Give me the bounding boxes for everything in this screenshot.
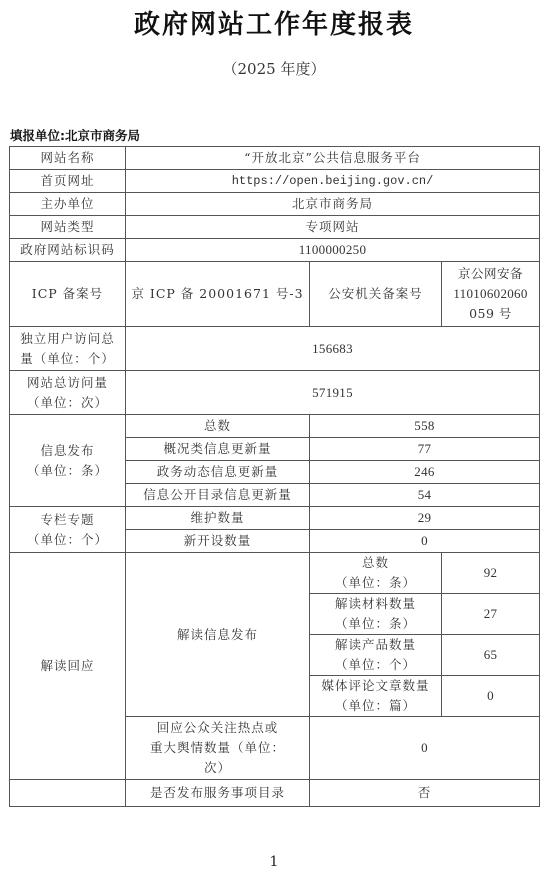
info-row-label: 概况类信息更新量 [126,438,310,461]
unique-visitors-label: 独立用户访问总 量（单位：个） [10,327,126,371]
info-publish-label: 信息发布 （单位：条） [10,415,126,507]
info-row-label: 信息公开目录信息更新量 [126,484,310,507]
response-label-line2: 重大舆情数量（单位： [128,738,307,758]
response-label-line3: 次） [128,758,307,778]
report-year: （2025 年度） [0,58,548,79]
icp-label: ICP 备案号 [10,262,126,327]
service-catalog-label: 是否发布服务事项目录 [126,780,310,807]
icp-value: 京 ICP 备 20001671 号-3 [126,262,310,327]
interp-row-label-line2: （单位：条） [312,614,439,634]
row-site-code: 政府网站标识码 1100000250 [10,239,540,262]
interp-row-label-line2: （单位：条） [312,573,439,593]
site-code-value: 1100000250 [126,239,540,262]
special-topics-label-line1: 专栏专题 [12,510,123,530]
row-site-name: 网站名称 “开放北京”公共信息服务平台 [10,147,540,170]
police-record-line2: 11010602060 [444,284,537,304]
site-type-label: 网站类型 [10,216,126,239]
info-row-value: 558 [310,415,540,438]
host-unit-label: 主办单位 [10,193,126,216]
row-topics-maintained: 专栏专题 （单位：个） 维护数量 29 [10,507,540,530]
topics-row-value: 29 [310,507,540,530]
service-catalog-value: 否 [310,780,540,807]
site-name-value: “开放北京”公共信息服务平台 [126,147,540,170]
interpretation-label: 解读回应 [10,553,126,780]
info-row-value: 77 [310,438,540,461]
total-visits-label-line1: 网站总访问量 [12,373,123,393]
interp-row-label-line1: 解读材料数量 [312,594,439,614]
unique-visitors-label-line1: 独立用户访问总 [12,329,123,349]
info-publish-label-line2: （单位：条） [12,461,123,481]
interp-row-label-line2: （单位：篇） [312,696,439,716]
homepage-url[interactable]: https://open.beijing.gov.cn/ [126,170,540,193]
interp-row-label-line1: 媒体评论文章数量 [312,676,439,696]
info-row-value: 54 [310,484,540,507]
topics-row-label: 新开设数量 [126,530,310,553]
special-topics-label-line2: （单位：个） [12,530,123,550]
page-title: 政府网站工作年度报表 [0,4,548,41]
row-host-unit: 主办单位 北京市商务局 [10,193,540,216]
topics-row-label: 维护数量 [126,507,310,530]
info-row-value: 246 [310,461,540,484]
row-info-total: 信息发布 （单位：条） 总数 558 [10,415,540,438]
interpretation-sub-label: 解读信息发布 [126,553,310,717]
interp-row-label: 解读材料数量 （单位：条） [310,594,442,635]
site-name-label: 网站名称 [10,147,126,170]
interp-row-value: 92 [442,553,540,594]
row-icp: ICP 备案号 京 ICP 备 20001671 号-3 公安机关备案号 京公网… [10,262,540,327]
response-label-line1: 回应公众关注热点或 [128,718,307,738]
total-visits-label-line2: （单位：次） [12,393,123,413]
row-site-type: 网站类型 专项网站 [10,216,540,239]
row-total-visits: 网站总访问量 （单位：次） 571915 [10,371,540,415]
row-homepage: 首页网址 https://open.beijing.gov.cn/ [10,170,540,193]
info-row-label: 总数 [126,415,310,438]
interp-row-label: 媒体评论文章数量 （单位：篇） [310,676,442,717]
interp-row-label-line2: （单位：个） [312,655,439,675]
interp-row-value: 27 [442,594,540,635]
police-record-label: 公安机关备案号 [310,262,442,327]
row-unique-visitors: 独立用户访问总 量（单位：个） 156683 [10,327,540,371]
info-publish-label-line1: 信息发布 [12,441,123,461]
special-topics-label: 专栏专题 （单位：个） [10,507,126,553]
site-type-value: 专项网站 [126,216,540,239]
host-unit-value: 北京市商务局 [126,193,540,216]
row-interp-total: 解读回应 解读信息发布 总数 （单位：条） 92 [10,553,540,594]
response-value: 0 [310,717,540,780]
report-table: 网站名称 “开放北京”公共信息服务平台 首页网址 https://open.be… [9,146,540,807]
service-catalog-empty [10,780,126,807]
unique-visitors-label-line2: 量（单位：个） [12,349,123,369]
police-record-line3: 059 号 [444,304,537,324]
info-row-label: 政务动态信息更新量 [126,461,310,484]
interp-row-label: 解读产品数量 （单位：个） [310,635,442,676]
homepage-label: 首页网址 [10,170,126,193]
police-record-line1: 京公网安备 [444,264,537,284]
page-number: 1 [0,854,548,870]
topics-row-value: 0 [310,530,540,553]
site-code-label: 政府网站标识码 [10,239,126,262]
interp-row-label-line1: 解读产品数量 [312,635,439,655]
interp-row-value: 0 [442,676,540,717]
row-service-catalog: 是否发布服务事项目录 否 [10,780,540,807]
interp-row-label-line1: 总数 [312,553,439,573]
interp-row-value: 65 [442,635,540,676]
police-record-value: 京公网安备 11010602060 059 号 [442,262,540,327]
response-label: 回应公众关注热点或 重大舆情数量（单位： 次） [126,717,310,780]
reporting-unit: 填报单位:北京市商务局 [10,126,140,144]
interp-row-label: 总数 （单位：条） [310,553,442,594]
unique-visitors-value: 156683 [126,327,540,371]
total-visits-label: 网站总访问量 （单位：次） [10,371,126,415]
total-visits-value: 571915 [126,371,540,415]
